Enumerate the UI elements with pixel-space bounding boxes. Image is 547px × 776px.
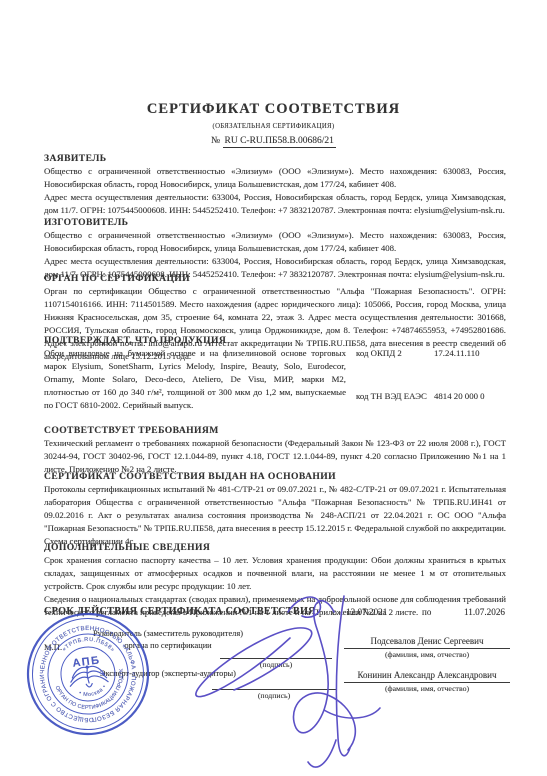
number-label: № [211,136,220,146]
handwritten-signatures [138,590,382,774]
basis-heading: СЕРТИФИКАТ СООТВЕТСТВИЯ ВЫДАН НА ОСНОВАН… [44,471,506,482]
okpd-code-row: код ОКПД 2 17.24.11.110 [356,348,506,358]
section-applicant: ЗАЯВИТЕЛЬ Общество с ограниченной ответс… [44,153,506,217]
validity-to-label: по [422,607,431,617]
certificate-number-row: № RU С-RU.ПБ58.В.00686/21 [0,136,547,146]
applicant-heading: ЗАЯВИТЕЛЬ [44,153,506,164]
title-block: СЕРТИФИКАТ СООТВЕТСТВИЯ (ОБЯЗАТЕЛЬНАЯ СЕ… [0,101,547,146]
manufacturer-text-1: Общество с ограниченной ответственностью… [44,229,506,255]
signature-scribble-icon [196,596,380,767]
manufacturer-heading: ИЗГОТОВИТЕЛЬ [44,217,506,228]
seal-city-text: • Москва • [77,683,109,699]
tnved-code-row: код ТН ВЭД ЕАЭС 4814 20 000 0 [356,391,506,401]
certification-body-heading: ОРГАН ПО СЕРТИФИКАЦИИ [44,273,506,284]
product-row: Обои виниловые на бумажной основе и на ф… [44,347,506,412]
certificate-subtitle: (ОБЯЗАТЕЛЬНАЯ СЕРТИФИКАЦИЯ) [0,123,547,130]
applicant-text-1: Общество с ограниченной ответственностью… [44,165,506,191]
section-manufacturer: ИЗГОТОВИТЕЛЬ Общество с ограниченной отв… [44,217,506,281]
product-codes: код ОКПД 2 17.24.11.110 код ТН ВЭД ЕАЭС … [356,347,506,412]
requirements-heading: СООТВЕТСТВУЕТ ТРЕБОВАНИЯМ [44,425,506,436]
additional-heading: ДОПОЛНИТЕЛЬНЫЕ СВЕДЕНИЯ [44,542,506,553]
section-basis: СЕРТИФИКАТ СООТВЕТСТВИЯ ВЫДАН НА ОСНОВАН… [44,471,506,548]
basis-text: Протоколы сертификационных испытаний № 4… [44,483,506,548]
product-description: Обои виниловые на бумажной основе и на ф… [44,347,346,412]
tnved-code-label: код ТН ВЭД ЕАЭС [356,391,434,401]
validity-to-date: 11.07.2026 [464,607,505,617]
okpd-code-label: код ОКПД 2 [356,348,434,358]
requirements-text: Технический регламент о требованиях пожа… [44,437,506,476]
okpd-code-value: 17.24.11.110 [434,348,480,358]
tnved-code-value: 4814 20 000 0 [434,391,485,401]
certificate-number: RU С-RU.ПБ58.В.00686/21 [223,136,336,148]
additional-text-1: Срок хранения согласно паспорту качества… [44,554,506,593]
applicant-text-2: Адрес места осуществления деятельности: … [44,191,506,217]
page-title: СЕРТИФИКАТ СООТВЕТСТВИЯ [0,101,547,118]
certificate-page: СЕРТИФИКАТ СООТВЕТСТВИЯ (ОБЯЗАТЕЛЬНАЯ СЕ… [0,0,547,776]
product-heading: ПОДТВЕРЖДАЕТ, ЧТО ПРОДУКЦИЯ [44,335,506,346]
section-requirements: СООТВЕТСТВУЕТ ТРЕБОВАНИЯМ Технический ре… [44,425,506,476]
section-product: ПОДТВЕРЖДАЕТ, ЧТО ПРОДУКЦИЯ Обои винилов… [44,335,506,412]
